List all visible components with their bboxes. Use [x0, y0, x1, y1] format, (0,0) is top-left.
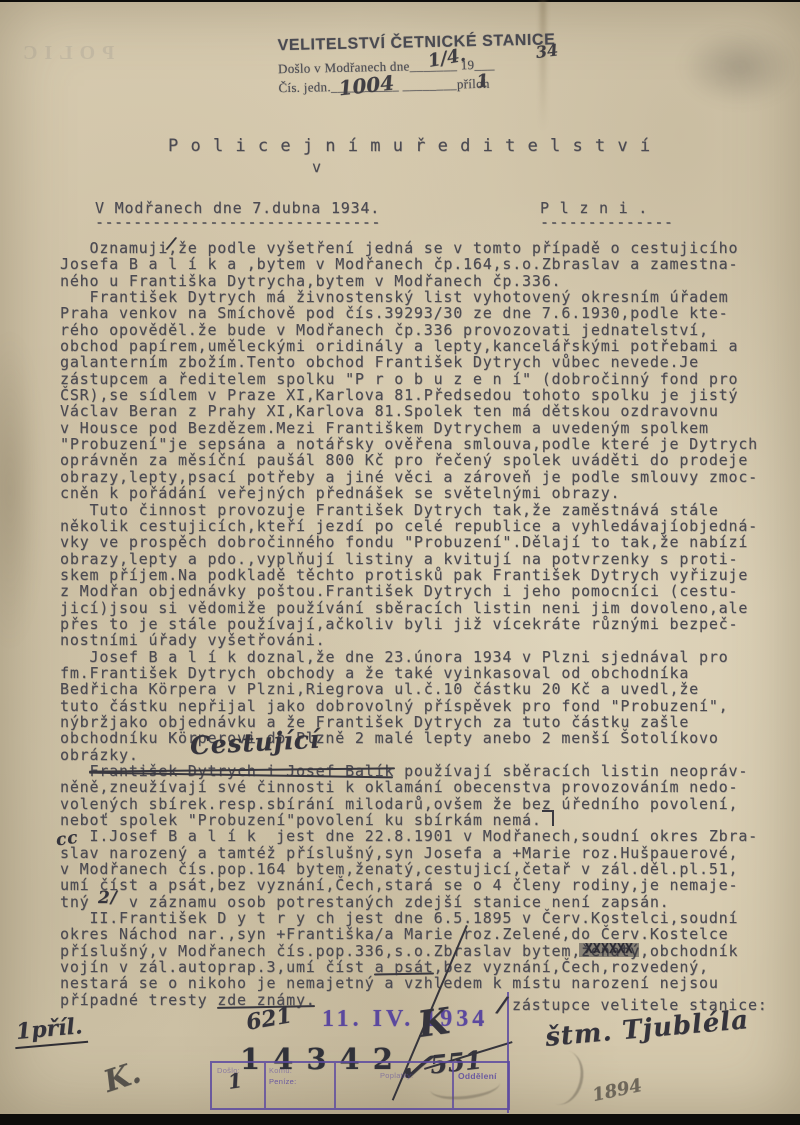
grid-divider-1 [264, 1063, 266, 1108]
paragraph-2: František Dytrych má živnostenský list v… [60, 289, 784, 501]
scanned-document-page: POLIC VELITELSTVÍ ČETNICKÉ STANICE Došlo… [0, 0, 800, 1125]
handwritten-record-mark: 2/ [98, 890, 118, 906]
body-text: Oznamuji,že podle vyšetření jedná se v t… [60, 240, 784, 1008]
overstrike-blot: XXXXXX [579, 943, 639, 957]
destination-underline: -------------- [540, 213, 673, 231]
date-stamp: 11. IV. 1934 [322, 1006, 488, 1033]
handwritten-bracket [542, 810, 554, 826]
addressee-line: P o l i c e j n í m u ř e d i t e l s t … [168, 136, 651, 156]
received-stamp: VELITELSTVÍ ČETNICKÉ STANICE Došlo v Mod… [277, 31, 588, 96]
grid-label-komu: Komu: [269, 1066, 292, 1075]
paragraph-4: Josef B a l í k doznal,že dne 23.února 1… [60, 649, 784, 763]
addressee-preposition: v [312, 158, 321, 176]
grid-label-poplatky: Poplatky: [380, 1071, 414, 1080]
margin-mark-cc: cc [55, 830, 79, 849]
place-date-underline: ------------------------------ [95, 213, 381, 231]
grid-handwritten-1: 1 [226, 1068, 243, 1094]
grid-divider-2 [334, 1063, 336, 1108]
handwritten-k: K [415, 1000, 452, 1046]
edge-stain [0, 330, 40, 650]
handwritten-enclosure-count: 1 [475, 70, 489, 92]
attachment-note: 1příl. [13, 1013, 88, 1049]
grid-label-penize: Peníze: [269, 1077, 297, 1086]
bleed-through-text: POLIC [16, 42, 114, 65]
handwritten-year: 34 [535, 40, 559, 62]
corner-smudge [680, 28, 800, 106]
paragraph-6: I.Josef B a l í k jest dne 22.8.1901 v M… [60, 828, 784, 910]
paragraph-7: II.František D y t r y ch jest dne 6.5.1… [60, 910, 784, 1008]
paragraph-3: Tuto činnost provozuje František Dytrych… [60, 502, 784, 649]
handwritten-cestujici: Cestující [190, 732, 321, 755]
